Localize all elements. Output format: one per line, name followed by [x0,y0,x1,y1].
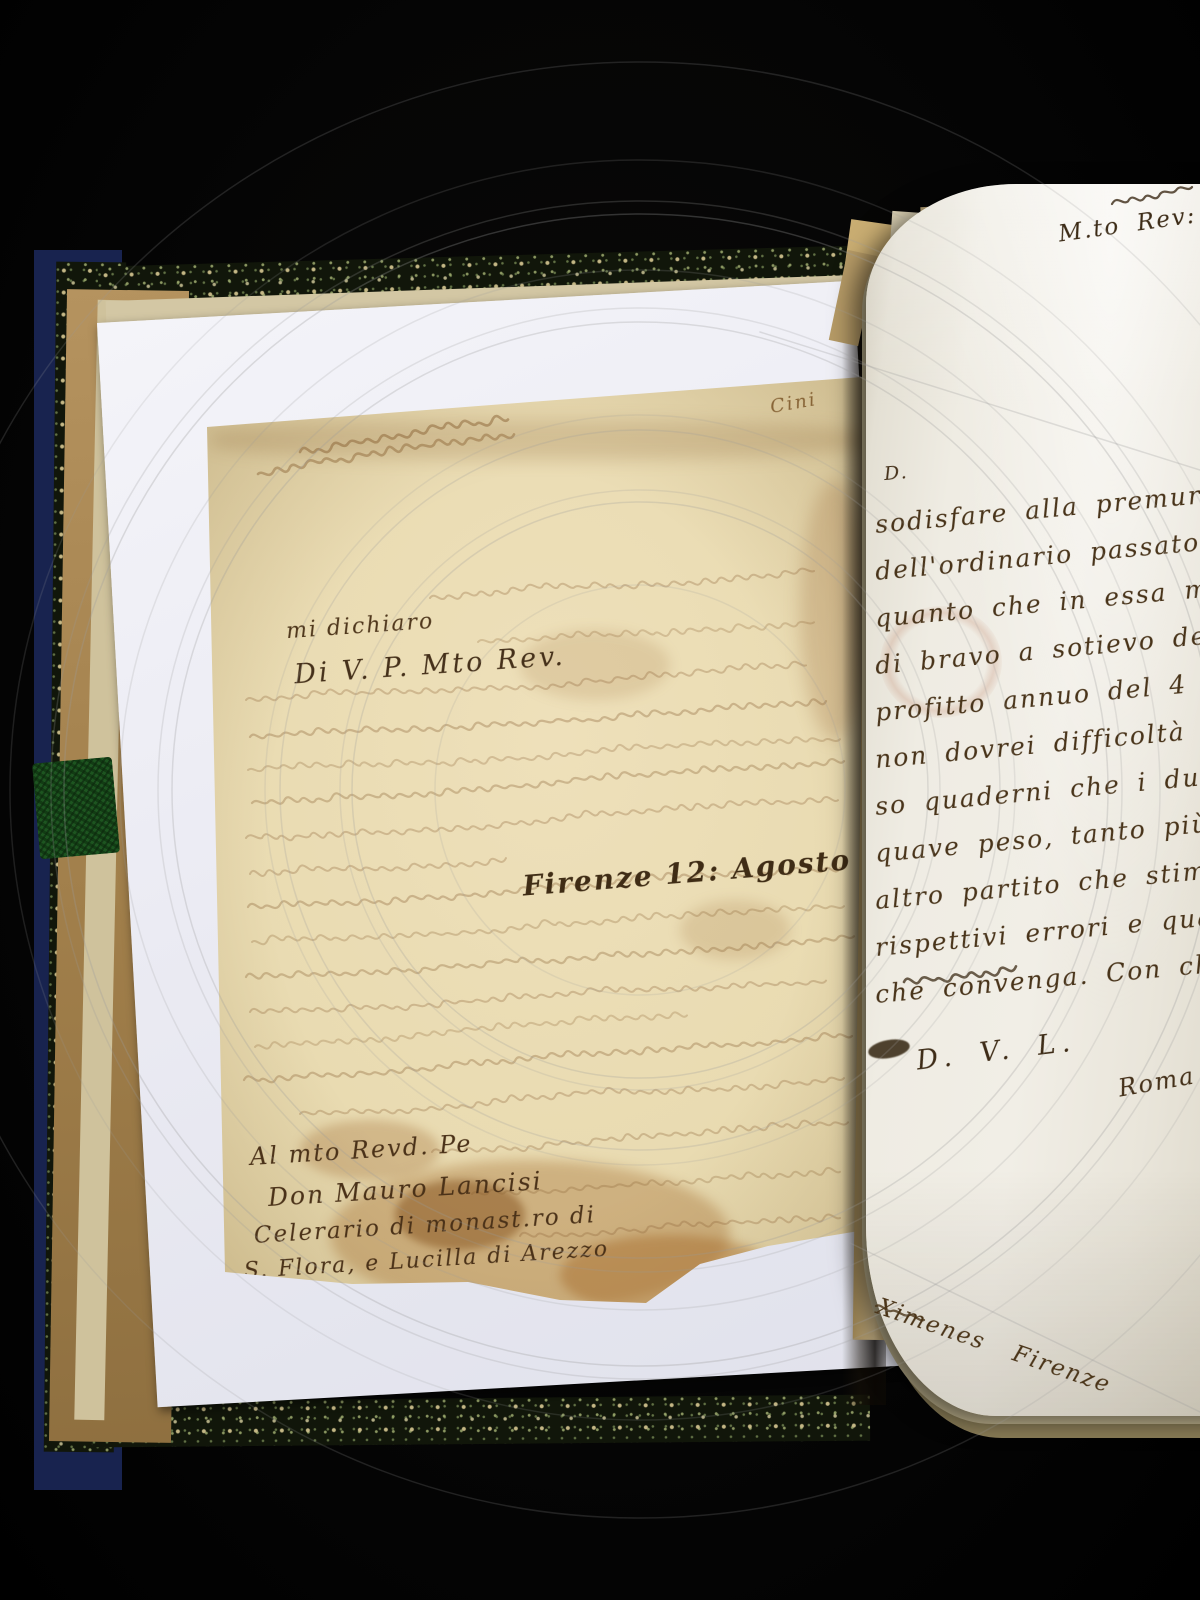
right-page-body: sodisfare alla premure chedell'ordinario… [876,510,1200,1027]
bookmark-ribbon [32,757,120,860]
paper-stain [210,420,870,460]
right-page-fragment: D. [883,461,909,485]
paper-stain [680,900,790,960]
address-block: Al mto Revd. PeDon Mauro LancisiCelerari… [250,1136,610,1289]
manuscript-photo: Cini mi dichiaro Di V. P. Mto Rev. Firen… [0,0,1200,1600]
